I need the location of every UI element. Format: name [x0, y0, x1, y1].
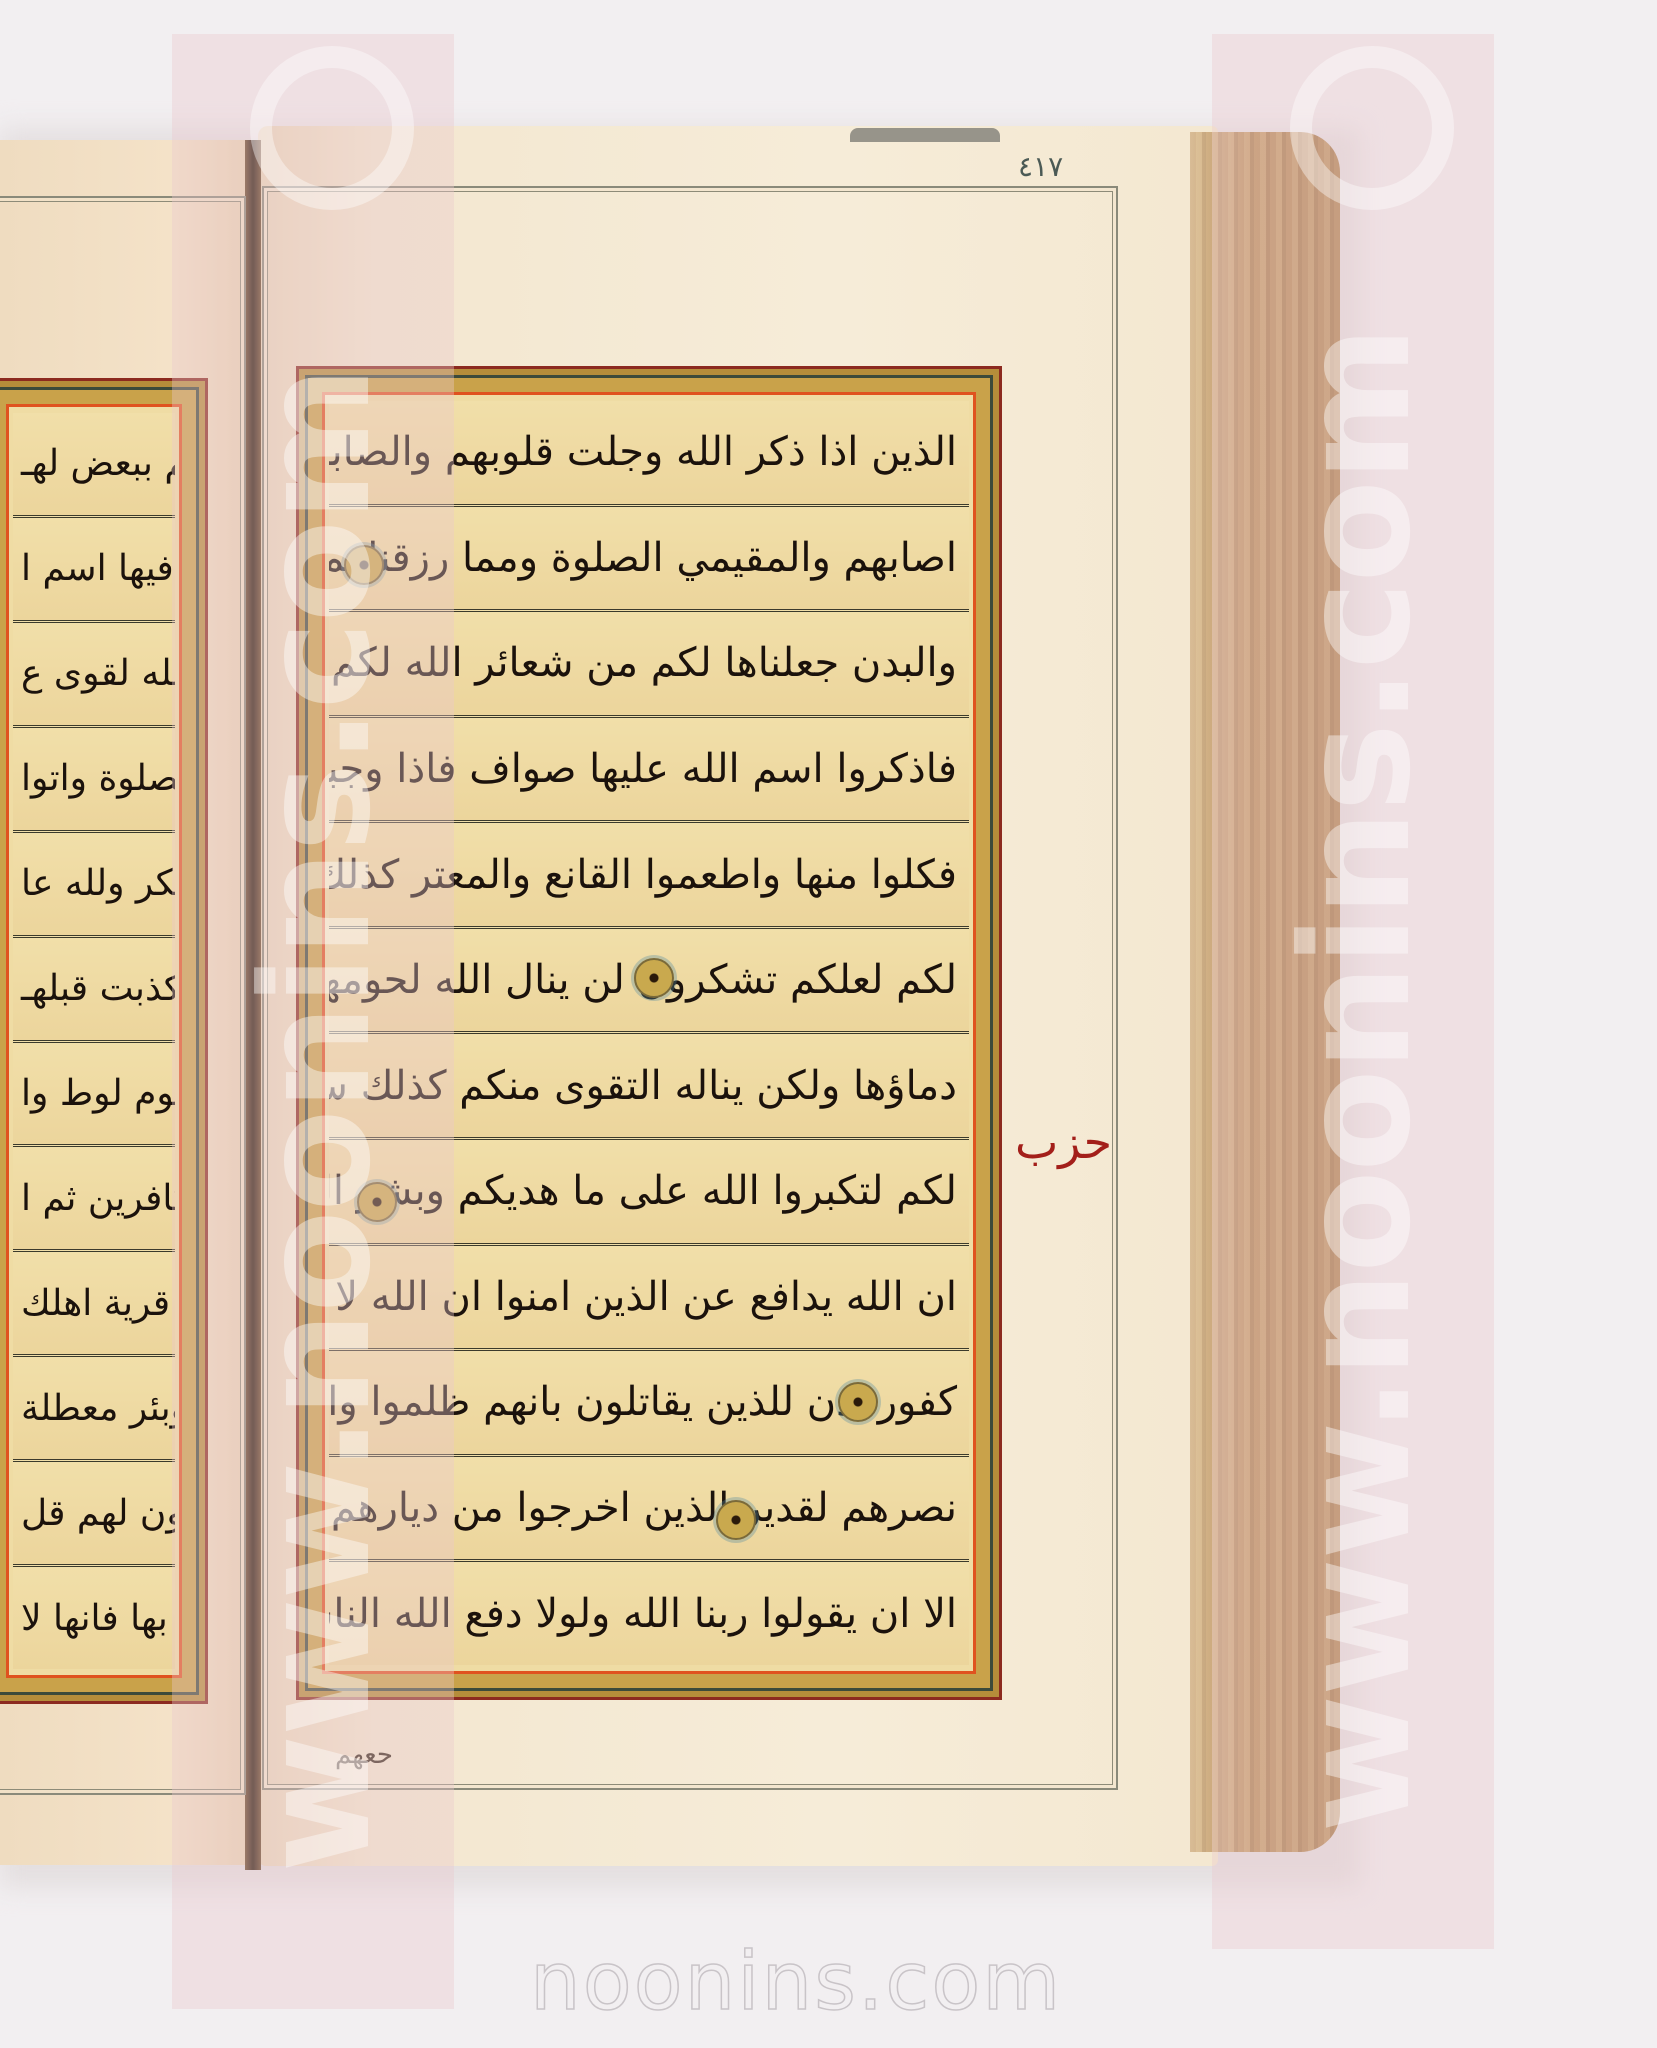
- left-text-lines: بعضهم ببعض لهـ يذكر فيها اسم ا ان الله ل…: [13, 413, 175, 1669]
- red-rule-border: بعضهم ببعض لهـ يذكر فيها اسم ا ان الله ل…: [6, 404, 182, 1678]
- text-line: فتكون لهم قل: [13, 1462, 175, 1567]
- text-line: كذبت قبلهـ: [13, 938, 175, 1043]
- copyright-icon: [250, 46, 414, 210]
- page-number: ٤١٧: [1018, 150, 1063, 183]
- verse-marker-icon: [838, 1382, 878, 1422]
- text-line: المنكر ولله عا: [13, 833, 175, 938]
- text-line: بعضهم ببعض لهـ: [13, 413, 175, 518]
- text-line: يذكر فيها اسم ا: [13, 518, 175, 623]
- watermark-text-right: www.noonins.com: [1270, 240, 1444, 1920]
- verse-marker-icon: [634, 958, 674, 998]
- text-line: للكافرين ثم ا: [13, 1147, 175, 1252]
- text-line: وبئر معطلة: [13, 1357, 175, 1462]
- watermark-text-left: www.noonins.com: [230, 240, 404, 2000]
- copyright-icon: [1290, 46, 1454, 210]
- gold-border: بعضهم ببعض لهـ يذكر فيها اسم ا ان الله ل…: [0, 387, 199, 1695]
- text-line: ان الله لقوى ع: [13, 623, 175, 728]
- text-line: وقوم لوط وا: [13, 1043, 175, 1148]
- headband: [850, 128, 1000, 142]
- text-line: الصلوة واتوا: [13, 728, 175, 833]
- text-line: من قرية اهلك: [13, 1252, 175, 1357]
- verse-marker-icon: [716, 1500, 756, 1540]
- text-line: بها فانها لا: [13, 1567, 175, 1669]
- margin-note: حزب: [1015, 1115, 1112, 1169]
- watermark-bottom: noonins.com: [530, 1935, 1062, 2028]
